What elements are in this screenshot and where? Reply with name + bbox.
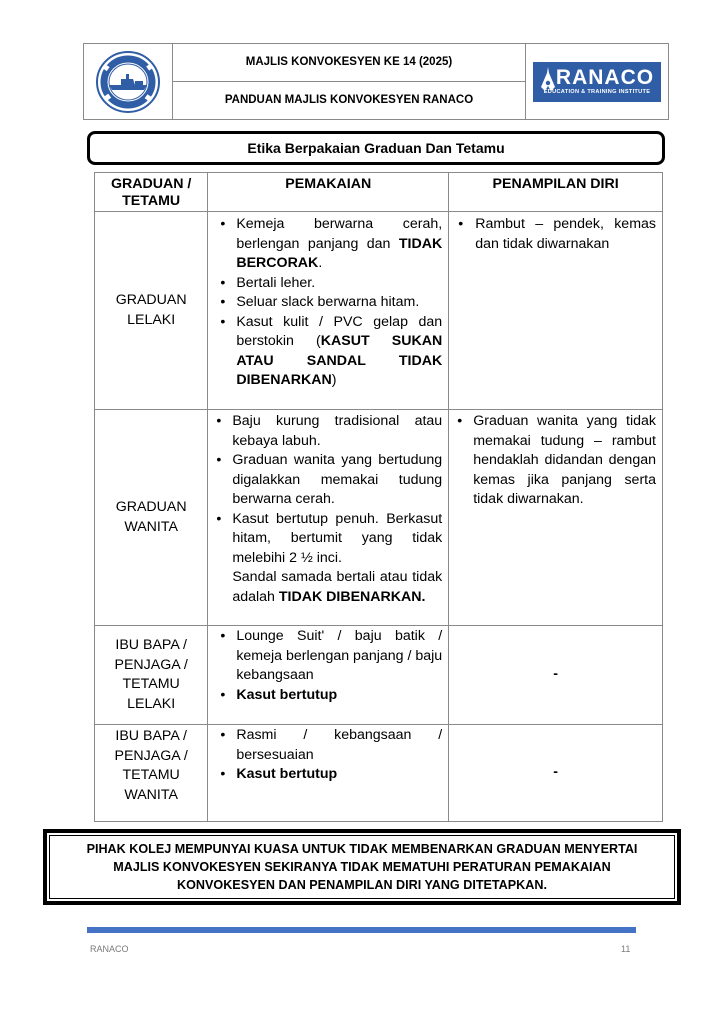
list-item: •Kasut kulit / PVC gelap dan berstokin (… bbox=[208, 313, 442, 391]
notice-line: MAJLIS KONVOKESYEN SEKIRANYA TIDAK MEMAT… bbox=[113, 858, 610, 876]
bullet-icon: • bbox=[220, 726, 225, 746]
logo-tagline: EDUCATION & TRAINING INSTITUTE bbox=[544, 89, 650, 96]
bullet-icon: • bbox=[220, 313, 225, 333]
penampilan-cell: •Rambut – pendek, kemas dan tidak diwarn… bbox=[449, 212, 663, 410]
category-cell: IBU BAPA / PENJAGA / TETAMU LELAKI bbox=[95, 626, 208, 725]
guide-title: PANDUAN MAJLIS KONVOKESYEN RANACO bbox=[173, 82, 526, 120]
ranaco-institute-logo: RANACO EDUCATION & TRAINING INSTITUTE bbox=[526, 44, 668, 119]
list-item: •Seluar slack berwarna hitam. bbox=[208, 293, 442, 313]
table-header-row: GRADUAN / TETAMU PEMAKAIAN PENAMPILAN DI… bbox=[95, 173, 663, 212]
list-item: •Kasut bertutup bbox=[208, 686, 442, 706]
dress-code-table: GRADUAN / TETAMU PEMAKAIAN PENAMPILAN DI… bbox=[94, 172, 663, 822]
table-row: IBU BAPA / PENJAGA / TETAMU LELAKI •Loun… bbox=[95, 626, 663, 725]
pemakaian-cell: •Kemeja berwarna cerah, berlengan panjan… bbox=[208, 212, 449, 410]
list-item: •Kasut bertutup penuh. Berkasut hitam, b… bbox=[208, 510, 442, 569]
ship-emblem-icon bbox=[95, 50, 161, 114]
category-label: IBU BAPA / PENJAGA / TETAMU WANITA bbox=[115, 728, 188, 803]
bullet-icon: • bbox=[216, 510, 221, 530]
list-item: •Graduan wanita yang tidak memakai tudun… bbox=[449, 412, 656, 510]
category-cell: GRADUAN LELAKI bbox=[95, 212, 208, 410]
category-cell: IBU BAPA / PENJAGA / TETAMU WANITA bbox=[95, 725, 208, 822]
notice-box: PIHAK KOLEJ MEMPUNYAI KUASA UNTUK TIDAK … bbox=[43, 829, 681, 905]
bullet-icon: • bbox=[457, 412, 462, 432]
section-title: Etika Berpakaian Graduan Dan Tetamu bbox=[87, 131, 665, 165]
list-item: •Graduan wanita yang bertudung digalakka… bbox=[208, 451, 442, 510]
bullet-icon: • bbox=[220, 274, 225, 294]
bullet-icon: • bbox=[216, 451, 221, 471]
penampilan-cell: •Graduan wanita yang tidak memakai tudun… bbox=[449, 410, 663, 626]
table-row: GRADUAN LELAKI •Kemeja berwarna cerah, b… bbox=[95, 212, 663, 410]
table-row: GRADUAN WANITA •Baju kurung tradisional … bbox=[95, 410, 663, 626]
penampilan-cell: - bbox=[449, 626, 663, 725]
list-item: •Rasmi / kebangsaan / bersesuaian bbox=[208, 726, 442, 765]
column-header-penampilan: PENAMPILAN DIRI bbox=[449, 173, 663, 212]
page-number: 11 bbox=[621, 944, 630, 954]
notice-line: PIHAK KOLEJ MEMPUNYAI KUASA UNTUK TIDAK … bbox=[87, 840, 638, 858]
category-label: GRADUAN WANITA bbox=[116, 499, 187, 535]
bullet-icon: • bbox=[220, 686, 225, 706]
footer-label: RANACO bbox=[90, 944, 129, 954]
footer-divider bbox=[87, 927, 636, 933]
convocation-title: MAJLIS KONVOKESYEN KE 14 (2025) bbox=[173, 44, 526, 82]
list-item: •Rambut – pendek, kemas dan tidak diwarn… bbox=[449, 215, 656, 254]
column-header-category: GRADUAN / TETAMU bbox=[95, 173, 208, 212]
bullet-icon: • bbox=[220, 765, 225, 785]
bullet-icon: • bbox=[458, 215, 463, 235]
list-item: •Kemeja berwarna cerah, berlengan panjan… bbox=[208, 215, 442, 274]
penampilan-cell: - bbox=[449, 725, 663, 822]
list-item: •Bertali leher. bbox=[208, 274, 442, 294]
ranaco-marine-logo bbox=[84, 44, 173, 119]
document-header: MAJLIS KONVOKESYEN KE 14 (2025) PANDUAN … bbox=[83, 43, 669, 120]
bullet-icon: • bbox=[220, 627, 225, 647]
bullet-icon: • bbox=[220, 215, 225, 235]
list-item: •Kasut bertutup bbox=[208, 765, 442, 785]
category-label: IBU BAPA / PENJAGA / TETAMU LELAKI bbox=[115, 637, 188, 712]
bullet-icon: • bbox=[216, 412, 221, 432]
pemakaian-cell: •Lounge Suit' / baju batik / kemeja berl… bbox=[208, 626, 449, 725]
category-label: GRADUAN LELAKI bbox=[116, 292, 187, 328]
pemakaian-cell: •Rasmi / kebangsaan / bersesuaian •Kasut… bbox=[208, 725, 449, 822]
bullet-icon: • bbox=[220, 293, 225, 313]
category-cell: GRADUAN WANITA bbox=[95, 410, 208, 626]
table-row: IBU BAPA / PENJAGA / TETAMU WANITA •Rasm… bbox=[95, 725, 663, 822]
column-header-pemakaian: PEMAKAIAN bbox=[208, 173, 449, 212]
list-item: •Lounge Suit' / baju batik / kemeja berl… bbox=[208, 627, 442, 686]
logo-name: RANACO bbox=[540, 67, 654, 89]
list-item: Sandal samada bertali atau tidak adalah … bbox=[208, 568, 442, 607]
pen-nib-icon bbox=[539, 67, 557, 91]
list-item: •Baju kurung tradisional atau kebaya lab… bbox=[208, 412, 442, 451]
notice-line: KONVOKESYEN DAN PENAMPILAN DIRI YANG DIT… bbox=[177, 876, 547, 894]
pemakaian-cell: •Baju kurung tradisional atau kebaya lab… bbox=[208, 410, 449, 626]
